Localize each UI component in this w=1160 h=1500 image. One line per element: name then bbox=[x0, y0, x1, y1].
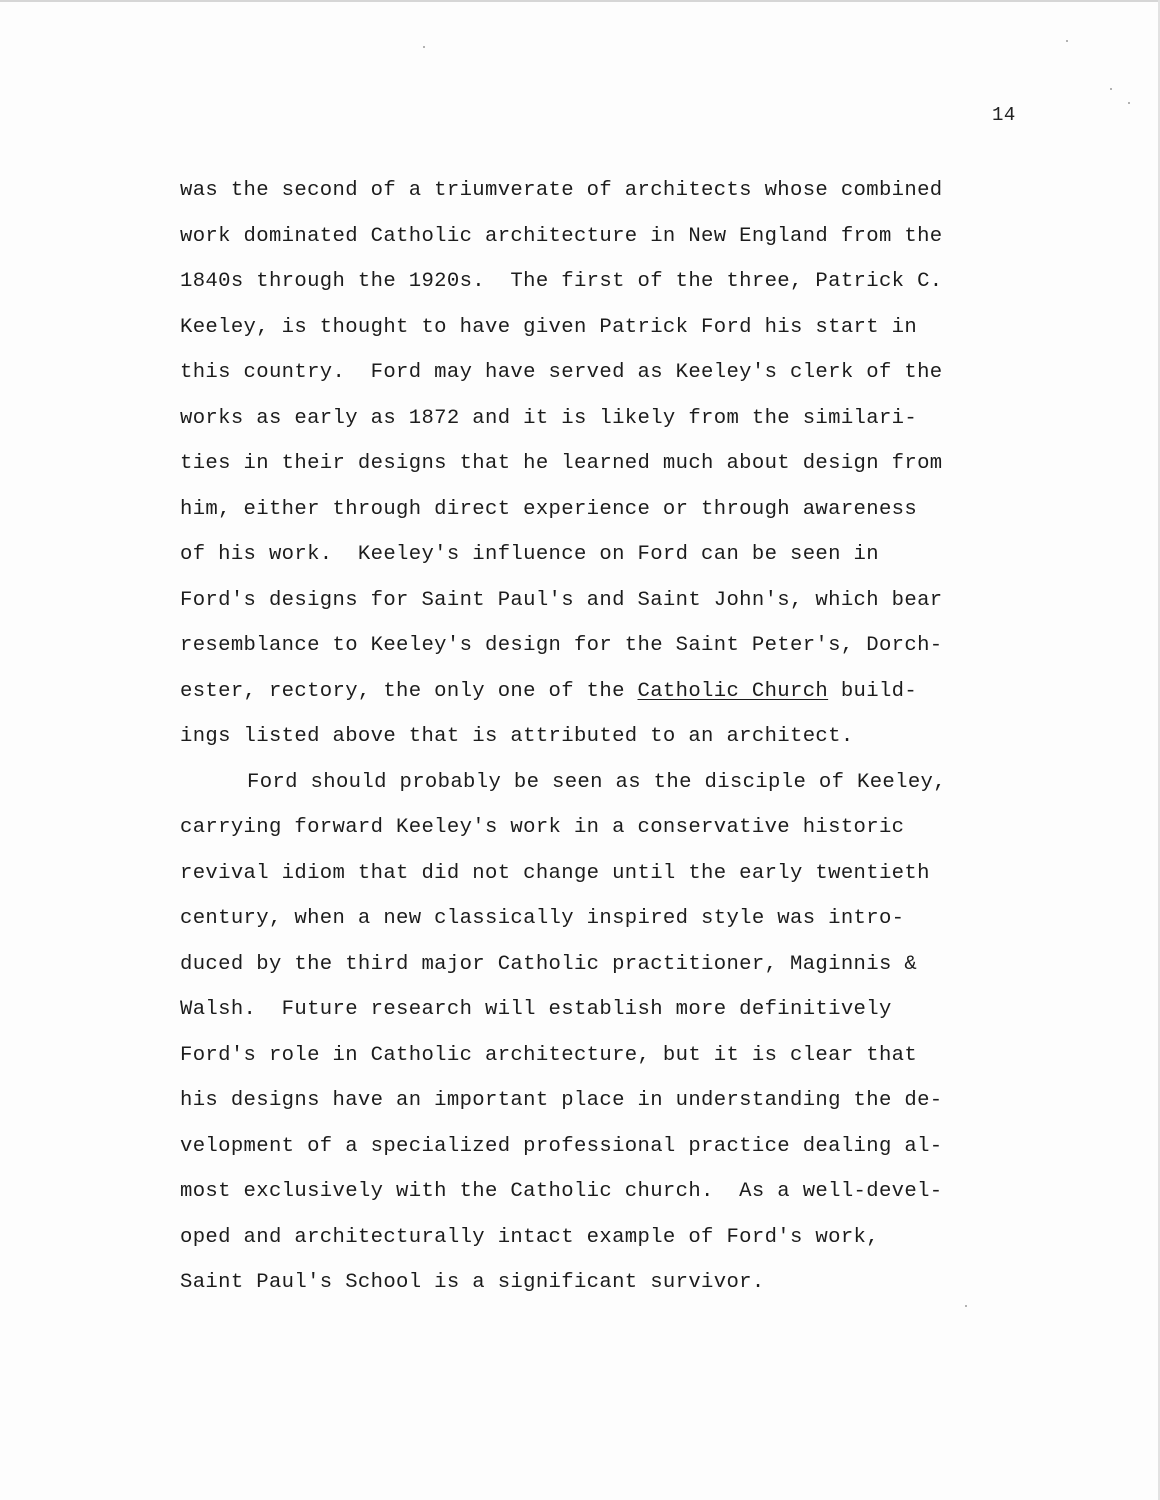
text-line: resemblance to Keeley's design for the S… bbox=[180, 623, 1000, 669]
text-line: this country. Ford may have served as Ke… bbox=[180, 350, 1000, 396]
text-line: was the second of a triumverate of archi… bbox=[180, 168, 1000, 214]
text-segment: 1840s through the 1920s. The first of th… bbox=[180, 270, 943, 293]
text-segment: was the second of a triumverate of archi… bbox=[180, 179, 943, 202]
text-segment: Ford should probably be seen as the disc… bbox=[247, 771, 946, 794]
text-line: velopment of a specialized professional … bbox=[180, 1124, 1000, 1170]
text-line: of his work. Keeley's influence on Ford … bbox=[180, 532, 1000, 578]
text-line: Saint Paul's School is a significant sur… bbox=[180, 1260, 1000, 1306]
text-segment: Saint Paul's School is a significant sur… bbox=[180, 1271, 765, 1294]
text-segment: him, either through direct experience or… bbox=[180, 498, 917, 521]
text-segment: century, when a new classically inspired… bbox=[180, 907, 904, 930]
text-line: ties in their designs that he learned mu… bbox=[180, 441, 1000, 487]
text-segment: Ford's role in Catholic architecture, bu… bbox=[180, 1044, 917, 1067]
text-line: Ford's role in Catholic architecture, bu… bbox=[180, 1033, 1000, 1079]
text-line: him, either through direct experience or… bbox=[180, 487, 1000, 533]
text-segment: work dominated Catholic architecture in … bbox=[180, 225, 943, 248]
text-segment: his designs have an important place in u… bbox=[180, 1089, 943, 1112]
text-segment: of his work. Keeley's influence on Ford … bbox=[180, 543, 879, 566]
text-line: Ford's designs for Saint Paul's and Sain… bbox=[180, 578, 1000, 624]
text-segment: revival idiom that did not change until … bbox=[180, 862, 930, 885]
text-line: 1840s through the 1920s. The first of th… bbox=[180, 259, 1000, 305]
scan-speck bbox=[1128, 102, 1130, 104]
text-line: ester, rectory, the only one of the Cath… bbox=[180, 669, 1000, 715]
text-segment: ings listed above that is attributed to … bbox=[180, 725, 854, 748]
text-line: century, when a new classically inspired… bbox=[180, 896, 1000, 942]
text-segment: duced by the third major Catholic practi… bbox=[180, 953, 917, 976]
text-line: Walsh. Future research will establish mo… bbox=[180, 987, 1000, 1033]
text-segment: this country. Ford may have served as Ke… bbox=[180, 361, 943, 384]
text-segment: carrying forward Keeley's work in a cons… bbox=[180, 816, 904, 839]
scan-edge-top bbox=[0, 0, 1160, 2]
text-line: carrying forward Keeley's work in a cons… bbox=[180, 805, 1000, 851]
paragraph: was the second of a triumverate of archi… bbox=[180, 168, 1000, 760]
text-line: Keeley, is thought to have given Patrick… bbox=[180, 305, 1000, 351]
text-line: ings listed above that is attributed to … bbox=[180, 714, 1000, 760]
scan-speck bbox=[1110, 88, 1112, 90]
text-segment: Ford's designs for Saint Paul's and Sain… bbox=[180, 589, 943, 612]
text-segment: resemblance to Keeley's design for the S… bbox=[180, 634, 943, 657]
scan-speck bbox=[423, 46, 425, 48]
text-segment: oped and architecturally intact example … bbox=[180, 1226, 879, 1249]
text-segment: works as early as 1872 and it is likely … bbox=[180, 407, 917, 430]
text-segment: Keeley, is thought to have given Patrick… bbox=[180, 316, 917, 339]
text-line: his designs have an important place in u… bbox=[180, 1078, 1000, 1124]
text-line: work dominated Catholic architecture in … bbox=[180, 214, 1000, 260]
underlined-title: Catholic Church bbox=[638, 680, 829, 703]
text-line: oped and architecturally intact example … bbox=[180, 1215, 1000, 1261]
document-body: was the second of a triumverate of archi… bbox=[180, 168, 1000, 1306]
text-line: Ford should probably be seen as the disc… bbox=[180, 760, 1000, 806]
text-segment: velopment of a specialized professional … bbox=[180, 1135, 943, 1158]
page-number: 14 bbox=[992, 104, 1016, 126]
text-segment: ester, rectory, the only one of the bbox=[180, 680, 638, 703]
text-segment: Walsh. Future research will establish mo… bbox=[180, 998, 892, 1021]
paragraph: Ford should probably be seen as the disc… bbox=[180, 760, 1000, 1306]
document-page: 14 was the second of a triumverate of ar… bbox=[0, 0, 1160, 1500]
text-segment: most exclusively with the Catholic churc… bbox=[180, 1180, 943, 1203]
text-segment: ties in their designs that he learned mu… bbox=[180, 452, 943, 475]
text-line: duced by the third major Catholic practi… bbox=[180, 942, 1000, 988]
text-line: revival idiom that did not change until … bbox=[180, 851, 1000, 897]
text-line: most exclusively with the Catholic churc… bbox=[180, 1169, 1000, 1215]
text-line: works as early as 1872 and it is likely … bbox=[180, 396, 1000, 442]
scan-speck bbox=[1066, 40, 1068, 42]
text-segment: build- bbox=[828, 680, 917, 703]
